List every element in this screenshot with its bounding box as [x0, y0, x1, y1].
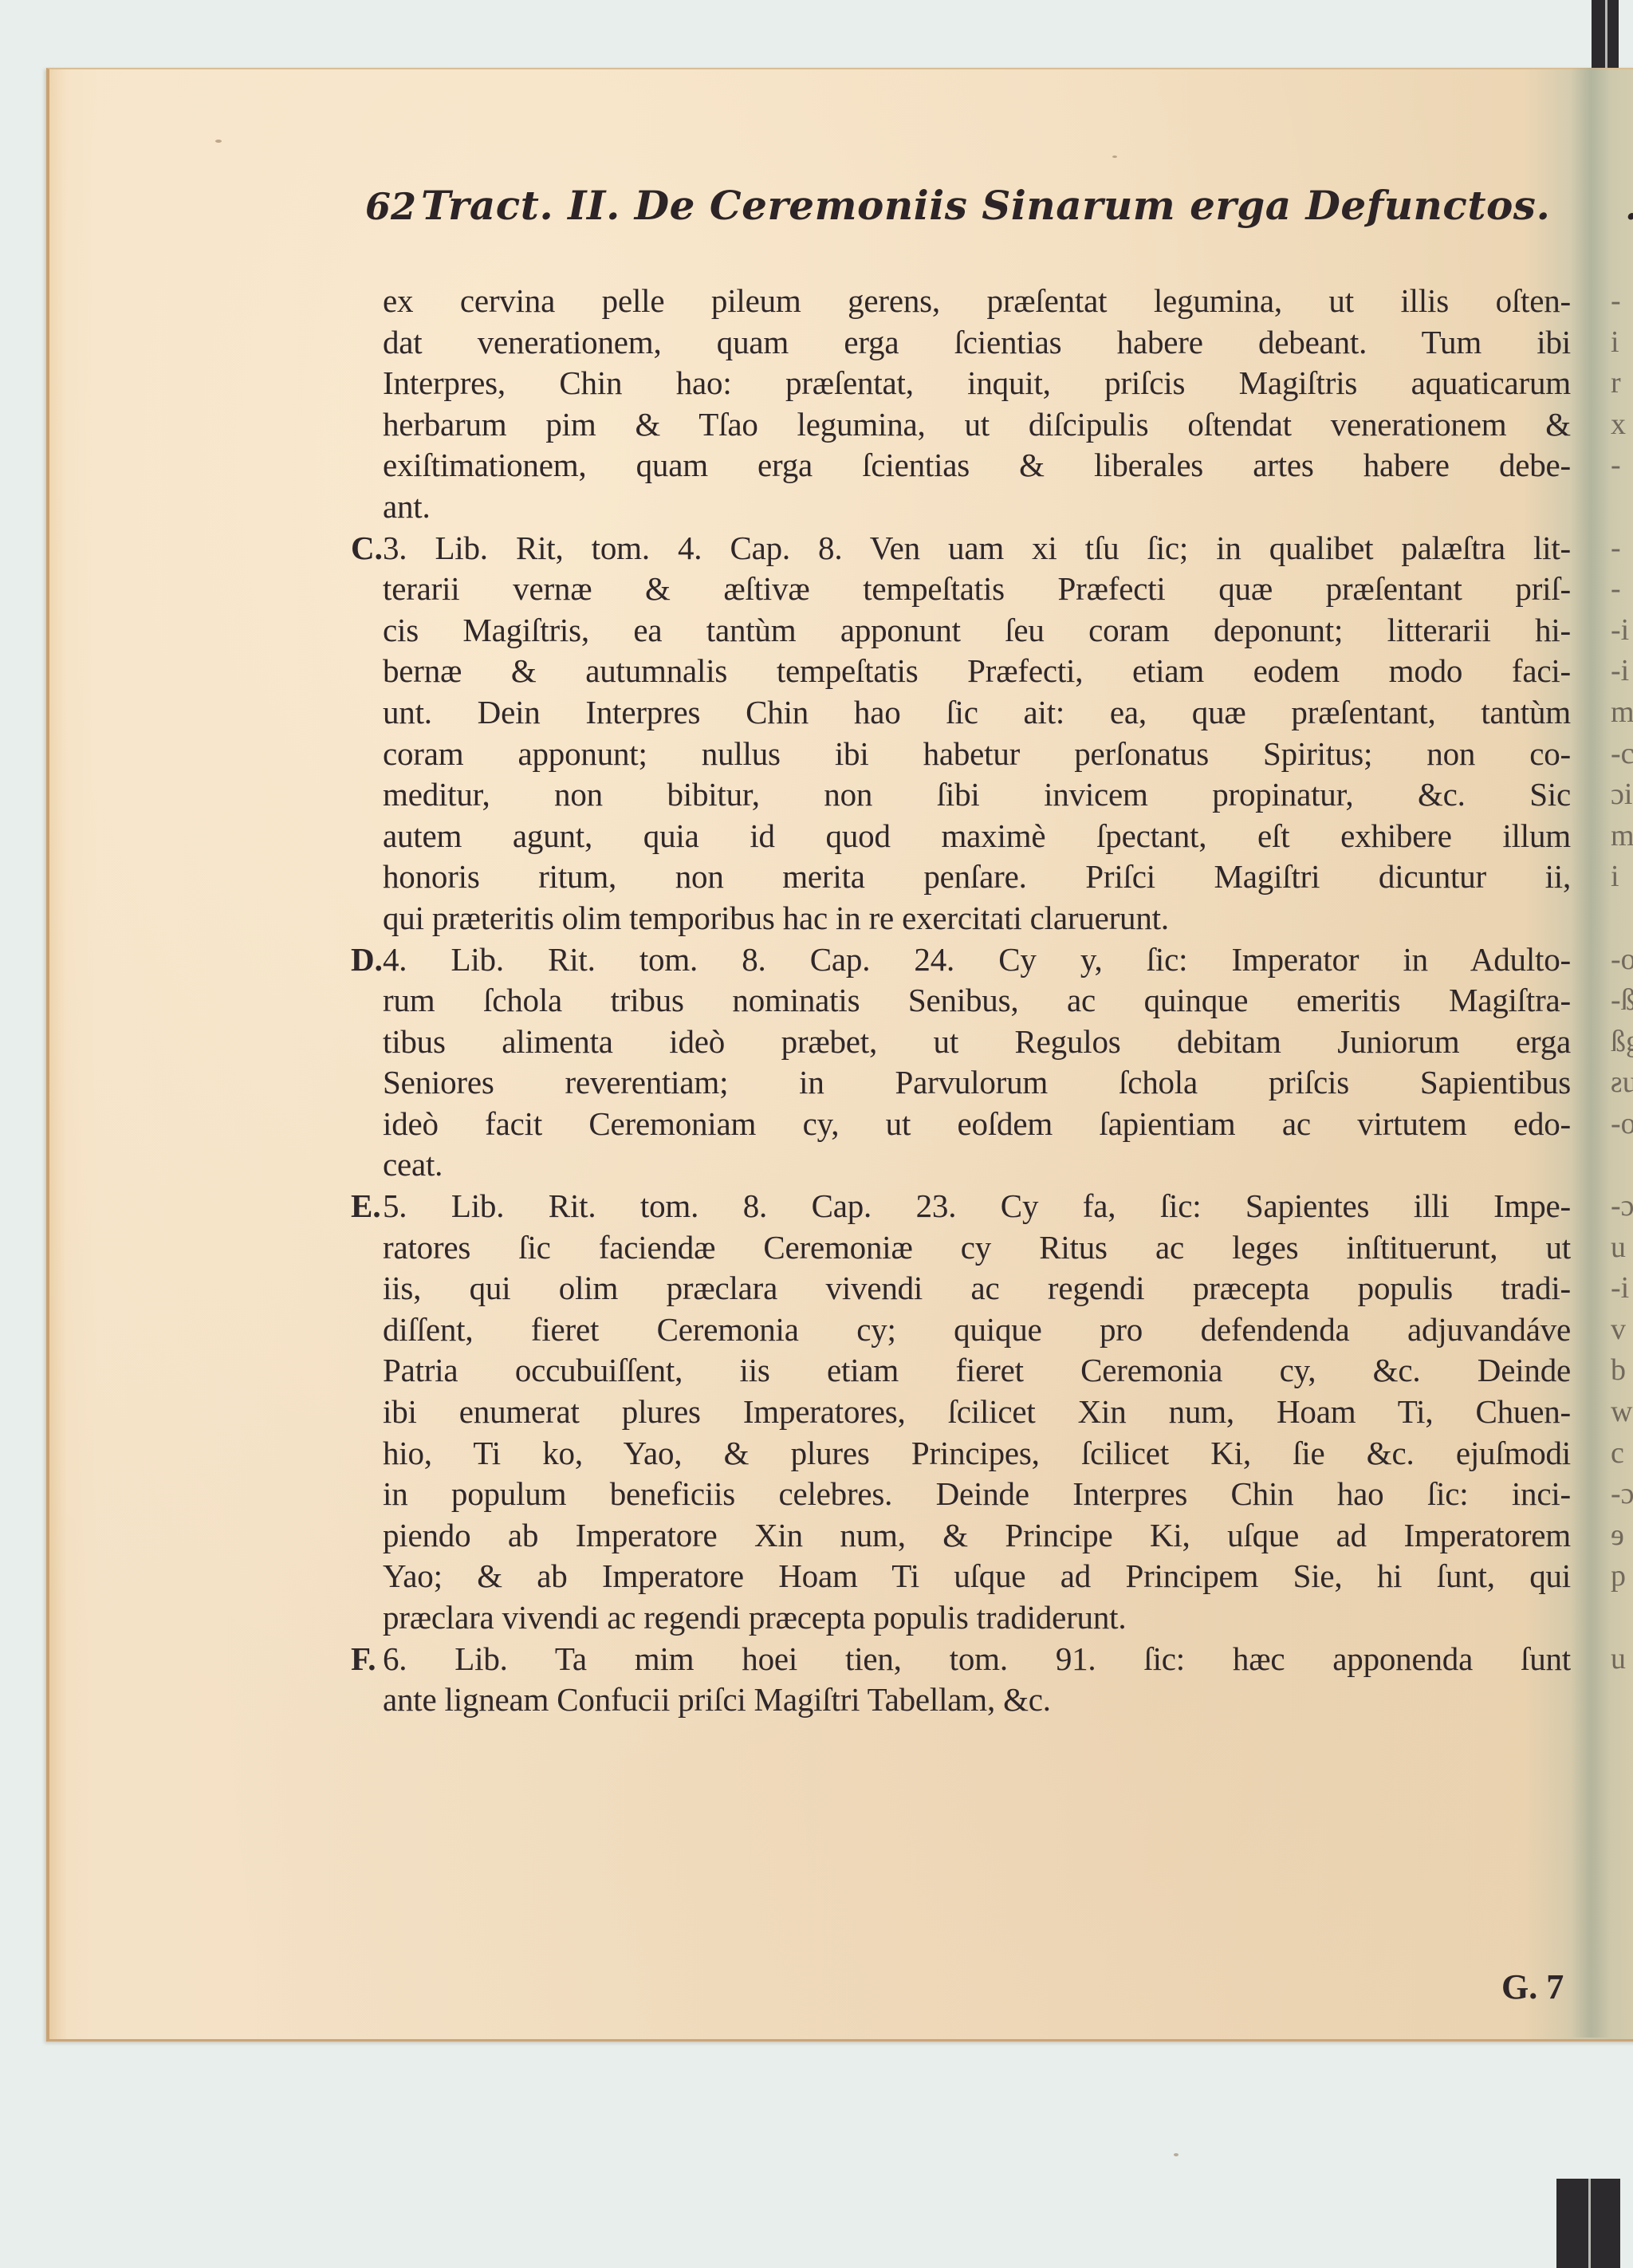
line-text: 6. Lib. Ta mim hoei tien, tom. 91. ſic: …	[383, 1639, 1571, 1680]
text-line: coram apponunt; nullus ibi habetur perſo…	[351, 734, 1633, 775]
text-line: honoris ritum, non merita penſare. Priſc…	[351, 856, 1633, 898]
text-line: Yao; & ab Imperatore Hoam Ti uſque ad Pr…	[351, 1556, 1633, 1597]
line-text: cis Magiſtris, ea tantùm apponunt ſeu co…	[383, 610, 1571, 652]
text-line: rum ſchola tribus nominatis Senibus, ac …	[351, 980, 1633, 1022]
bleed-through-text: b	[1611, 1350, 1626, 1392]
text-line: exiſtimationem, quam erga ſcientias & li…	[351, 445, 1633, 486]
text-line: ant.	[351, 486, 1633, 528]
binding-strip-top	[1592, 0, 1619, 68]
line-text: bernæ & autumnalis tempeſtatis Præfecti,…	[383, 651, 1571, 692]
line-text: terarii vernæ & æſtivæ tempeſtatis Præfe…	[383, 569, 1571, 610]
line-text: ibi enumerat plures Imperatores, ſcilice…	[383, 1392, 1571, 1433]
line-text: Seniores reverentiam; in Parvulorum ſcho…	[383, 1062, 1571, 1104]
bleed-through-text: m	[1611, 692, 1633, 734]
text-line: terarii vernæ & æſtivæ tempeſtatis Præfe…	[351, 569, 1633, 610]
line-text: ante ligneam Confucii priſci Magiſtri Ta…	[383, 1679, 1571, 1721]
text-line: præclara vivendi ac regendi præcepta pop…	[351, 1597, 1633, 1639]
bleed-through-text: x	[1611, 404, 1626, 446]
running-title-tail: .	[1625, 185, 1633, 228]
paper-speck	[1174, 2153, 1179, 2156]
running-title: Tract. II. De Ceremoniis Sinarum erga De…	[421, 182, 1550, 229]
catchword: G. 7	[1501, 1967, 1564, 2007]
text-line: Patria occubuiſſent, iis etiam fieret Ce…	[351, 1350, 1633, 1392]
body-text: ex cervina pelle pileum gerens, præſenta…	[351, 281, 1633, 1721]
line-text: piendo ab Imperatore Xin num, & Principe…	[383, 1515, 1571, 1557]
line-text: qui præteritis olim temporibus hac in re…	[383, 898, 1571, 939]
line-text: dat venerationem, quam erga ſcientias ha…	[383, 322, 1571, 364]
bleed-through-text: i	[1611, 322, 1619, 364]
text-line: piendo ab Imperatore Xin num, & Principe…	[351, 1515, 1633, 1557]
line-text: diſſent, fieret Ceremonia cy; quique pro…	[383, 1309, 1571, 1351]
bleed-through-text: -	[1611, 569, 1621, 610]
bleed-through-text: -	[1611, 528, 1621, 569]
paragraph-marker: C.	[351, 528, 383, 569]
bleed-through-text: w	[1611, 1392, 1632, 1433]
bleed-through-text: p	[1611, 1556, 1626, 1597]
text-line: ideò facit Ceremoniam cy, ut eoſdem ſapi…	[351, 1104, 1633, 1145]
bleed-through-text: -ß	[1611, 980, 1633, 1022]
paragraph-marker: D.	[351, 939, 383, 981]
text-line: C.3. Lib. Rit, tom. 4. Cap. 8. Ven uam x…	[351, 528, 1633, 569]
bleed-through-text: m	[1611, 816, 1633, 857]
bleed-through-text: -ɔ	[1611, 1186, 1633, 1227]
text-line: Seniores reverentiam; in Parvulorum ſcho…	[351, 1062, 1633, 1104]
bleed-through-text: r	[1611, 363, 1621, 404]
bleed-through-text: -o	[1611, 939, 1633, 981]
line-text: hio, Ti ko, Yao, & plures Principes, ſci…	[383, 1433, 1571, 1475]
line-text: autem agunt, quia id quod maximè ſpectan…	[383, 816, 1571, 857]
bleed-through-text: -ɔ	[1611, 1474, 1633, 1515]
paragraph-marker: E.	[351, 1186, 381, 1227]
line-text: ratores ſic faciendæ Ceremoniæ cy Ritus …	[383, 1227, 1571, 1269]
line-text: iis, qui olim præclara vivendi ac regend…	[383, 1268, 1571, 1309]
text-line: hio, Ti ko, Yao, & plures Principes, ſci…	[351, 1433, 1633, 1475]
page-number: 62	[365, 185, 416, 228]
line-text: meditur, non bibitur, non ſibi invicem p…	[383, 774, 1571, 816]
bleed-through-text: ɘ	[1611, 1515, 1624, 1557]
line-text: exiſtimationem, quam erga ſcientias & li…	[383, 445, 1571, 486]
bleed-through-text: ƨu	[1611, 1062, 1633, 1104]
line-text: ceat.	[383, 1144, 1571, 1186]
bleed-through-text: -o	[1611, 1104, 1633, 1145]
text-line: unt. Dein Interpres Chin hao ſic ait: ea…	[351, 692, 1633, 734]
bleed-through-text: ßg	[1611, 1022, 1633, 1063]
bleed-through-text: -i	[1611, 610, 1629, 652]
bleed-through-text: -	[1611, 281, 1621, 322]
line-text: honoris ritum, non merita penſare. Priſc…	[383, 856, 1571, 898]
line-text: Interpres, Chin hao: præſentat, inquit, …	[383, 363, 1571, 404]
text-line: E.5. Lib. Rit. tom. 8. Cap. 23. Cy fa, ſ…	[351, 1186, 1633, 1227]
text-line: meditur, non bibitur, non ſibi invicem p…	[351, 774, 1633, 816]
line-text: ant.	[383, 486, 1571, 528]
text-line: diſſent, fieret Ceremonia cy; quique pro…	[351, 1309, 1633, 1351]
bleed-through-text: -c	[1611, 734, 1633, 775]
running-header: 62 Tract. II. De Ceremoniis Sinarum erga…	[365, 185, 1609, 241]
text-line: ex cervina pelle pileum gerens, præſenta…	[351, 281, 1633, 322]
bleed-through-text: v	[1611, 1309, 1626, 1351]
bleed-through-text: -i	[1611, 1268, 1629, 1309]
paper-speck	[1112, 156, 1117, 158]
bleed-through-text: c	[1611, 1433, 1624, 1475]
text-line: ante ligneam Confucii priſci Magiſtri Ta…	[351, 1679, 1633, 1721]
line-text: unt. Dein Interpres Chin hao ſic ait: ea…	[383, 692, 1571, 734]
text-line: in populum beneficiis celebres. Deinde I…	[351, 1474, 1633, 1515]
bleed-through-text: u	[1611, 1227, 1626, 1269]
paper-speck	[215, 140, 222, 143]
binding-strip-bottom	[1556, 2179, 1620, 2268]
line-text: ideò facit Ceremoniam cy, ut eoſdem ſapi…	[383, 1104, 1571, 1145]
line-text: 5. Lib. Rit. tom. 8. Cap. 23. Cy fa, ſic…	[383, 1186, 1571, 1227]
text-line: cis Magiſtris, ea tantùm apponunt ſeu co…	[351, 610, 1633, 652]
text-line: F.6. Lib. Ta mim hoei tien, tom. 91. ſic…	[351, 1639, 1633, 1680]
text-line: tibus alimenta ideò præbet, ut Regulos d…	[351, 1022, 1633, 1063]
text-line: autem agunt, quia id quod maximè ſpectan…	[351, 816, 1633, 857]
bleed-through-text: u	[1611, 1639, 1626, 1680]
line-text: 3. Lib. Rit, tom. 4. Cap. 8. Ven uam xi …	[383, 528, 1571, 569]
line-text: Patria occubuiſſent, iis etiam fieret Ce…	[383, 1350, 1571, 1392]
line-text: in populum beneficiis celebres. Deinde I…	[383, 1474, 1571, 1515]
bleed-through-text: -i	[1611, 651, 1629, 692]
paragraph-marker: F.	[351, 1639, 376, 1680]
text-line: D.4. Lib. Rit. tom. 8. Cap. 24. Cy y, ſi…	[351, 939, 1633, 981]
line-text: herbarum pim & Tſao legumina, ut diſcipu…	[383, 404, 1571, 446]
text-line: ceat.	[351, 1144, 1633, 1186]
line-text: Yao; & ab Imperatore Hoam Ti uſque ad Pr…	[383, 1556, 1571, 1597]
text-line: bernæ & autumnalis tempeſtatis Præfecti,…	[351, 651, 1633, 692]
bleed-through-text: ɔi	[1611, 774, 1632, 816]
line-text: præclara vivendi ac regendi præcepta pop…	[383, 1597, 1571, 1639]
bleed-through-text: -	[1611, 445, 1621, 486]
text-line: ibi enumerat plures Imperatores, ſcilice…	[351, 1392, 1633, 1433]
text-line: herbarum pim & Tſao legumina, ut diſcipu…	[351, 404, 1633, 446]
line-text: ex cervina pelle pileum gerens, præſenta…	[383, 281, 1571, 322]
bleed-through-text: i	[1611, 856, 1619, 898]
line-text: coram apponunt; nullus ibi habetur perſo…	[383, 734, 1571, 775]
line-text: 4. Lib. Rit. tom. 8. Cap. 24. Cy y, ſic:…	[383, 939, 1571, 981]
line-text: tibus alimenta ideò præbet, ut Regulos d…	[383, 1022, 1571, 1063]
text-line: Interpres, Chin hao: præſentat, inquit, …	[351, 363, 1633, 404]
text-line: iis, qui olim præclara vivendi ac regend…	[351, 1268, 1633, 1309]
text-line: ratores ſic faciendæ Ceremoniæ cy Ritus …	[351, 1227, 1633, 1269]
line-text: rum ſchola tribus nominatis Senibus, ac …	[383, 980, 1571, 1022]
text-line: qui præteritis olim temporibus hac in re…	[351, 898, 1633, 939]
text-line: dat venerationem, quam erga ſcientias ha…	[351, 322, 1633, 364]
